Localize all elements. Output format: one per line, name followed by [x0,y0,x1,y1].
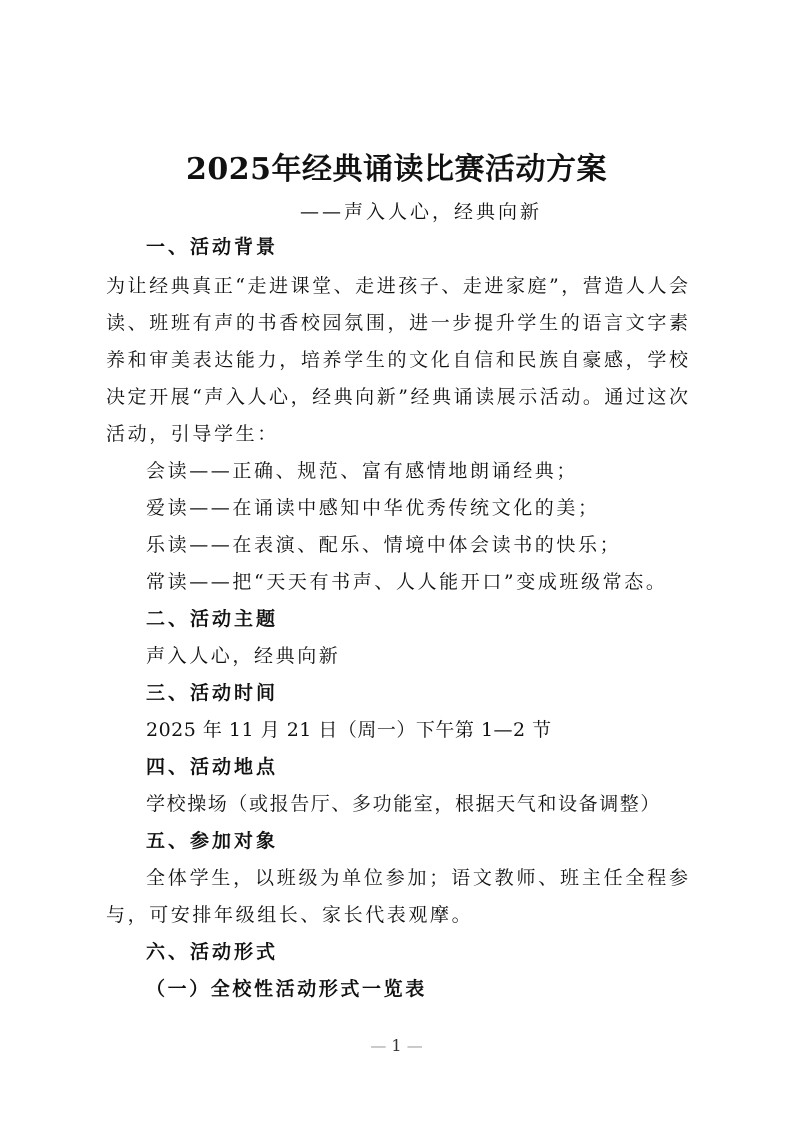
page-number-footer: — 1 — [0,1036,793,1055]
paragraph-line: 养和审美表达能力，培养学生的文化自信和民族自豪感，学校 [106,346,688,374]
goal-item: 会读——正确、规范、富有感情地朗诵经典； [146,457,578,485]
document-subtitle: ——声入人心，经典向新 [300,198,542,226]
theme-text: 声入人心，经典向新 [146,642,340,670]
paragraph-line: 为让经典真正“走进课堂、走进孩子、走进家庭”，营造人人会 [106,272,688,300]
section-heading-format: 六、活动形式 [146,938,278,966]
page-number: 1 [391,1036,401,1055]
section-heading-time: 三、活动时间 [146,679,278,707]
goal-item: 爱读——在诵读中感知中华优秀传统文化的美； [146,494,600,522]
paragraph-line: 读、班班有声的书香校园氛围，进一步提升学生的语言文字素 [106,309,688,337]
footer-dash-right: — [407,1036,423,1055]
document-page: 2025年经典诵读比赛活动方案 ——声入人心，经典向新 一、活动背景 为让经典真… [0,0,793,1122]
footer-dash-left: — [370,1036,386,1055]
time-text: 2025 年 11 月 21 日（周一）下午第 1—2 节 [146,716,552,744]
goal-item: 乐读——在表演、配乐、情境中体会读书的快乐； [146,531,621,559]
section-heading-background: 一、活动背景 [146,233,278,261]
section-heading-participants: 五、参加对象 [146,827,278,855]
paragraph-line: 与，可安排年级组长、家长代表观摩。 [106,901,473,929]
document-title: 2025年经典诵读比赛活动方案 [0,150,793,190]
paragraph-line: 活动，引导学生： [106,420,279,448]
section-heading-location: 四、活动地点 [146,753,278,781]
section-heading-theme: 二、活动主题 [146,605,278,633]
subsection-heading: （一）全校性活动形式一览表 [146,975,427,1003]
paragraph-line: 全体学生，以班级为单位参加；语文教师、班主任全程参 [146,864,688,892]
location-text: 学校操场（或报告厅、多功能室，根据天气和设备调整） [146,790,661,818]
goal-item: 常读——把“天天有书声、人人能开口”变成班级常态。 [146,568,667,596]
paragraph-line: 决定开展“声入人心，经典向新”经典诵读展示活动。通过这次 [106,383,688,411]
